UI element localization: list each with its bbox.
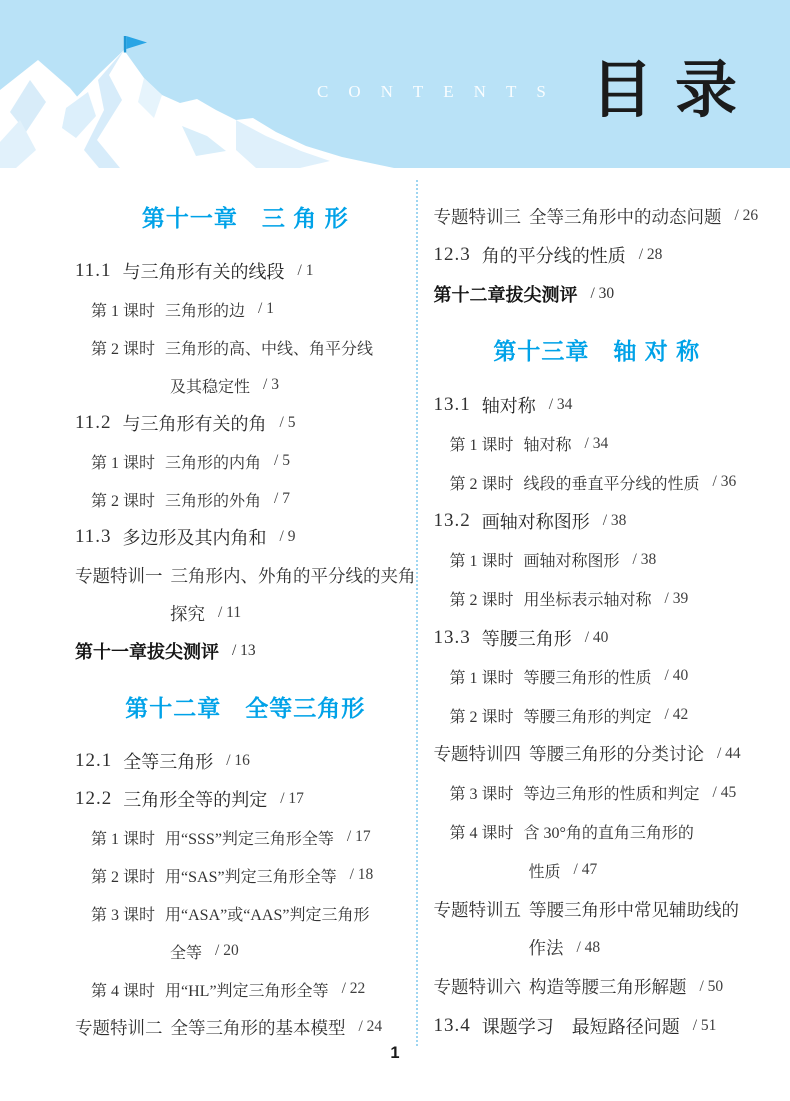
entry-label: 第 2 课时 [450, 471, 514, 494]
toc-entry: 第 2 课时三角形的高、中线、角平分线 [75, 328, 416, 366]
entry-title: 线段的垂直平分线的性质 [524, 471, 700, 494]
entry-title: 等边三角形的性质和判定 [524, 781, 700, 804]
flag-icon [124, 36, 147, 53]
entry-title: 全等三角形的基本模型 [171, 1015, 346, 1040]
entry-page: / 45 [713, 784, 737, 802]
toc-entry: 第 4 课时用“HL”判定三角形全等/ 22 [75, 970, 416, 1008]
entry-title: 用“HL”判定三角形全等 [165, 978, 329, 1001]
toc-entry: 13.3等腰三角形/ 40 [434, 618, 761, 657]
entry-page: / 44 [717, 745, 741, 763]
entry-title: 角的平分线的性质 [482, 242, 626, 268]
entry-page: / 20 [215, 942, 239, 960]
entry-label: 第 3 课时 [450, 781, 514, 804]
entry-page: / 5 [280, 414, 296, 432]
entry-title: 用“SAS”判定三角形全等 [165, 864, 337, 887]
entry-label: 13.3 [434, 627, 471, 649]
entry-page: / 26 [735, 207, 759, 225]
entry-label: 第 2 课时 [91, 864, 155, 887]
entry-label: 专题特训六 [434, 974, 522, 999]
entry-title: 三角形全等的判定 [123, 786, 267, 812]
entry-title: 与三角形有关的线段 [123, 258, 285, 284]
entry-label: 13.2 [434, 510, 471, 532]
entry-page: / 18 [350, 866, 374, 884]
toc-entry: 12.3角的平分线的性质/ 28 [434, 236, 761, 275]
toc-entry: 第 1 课时三角形的内角/ 5 [75, 442, 416, 480]
contents-label: CONTENTS [317, 82, 566, 102]
entry-label: 第 1 课时 [91, 826, 155, 849]
toc-entry: 13.2画轴对称图形/ 38 [434, 502, 761, 541]
entry-page: / 50 [700, 978, 724, 996]
entry-page: / 1 [258, 300, 274, 318]
entry-label: 11.3 [75, 526, 112, 548]
toc-entry: 性质/ 47 [434, 851, 761, 890]
chapter-heading: 第十一章 三 角 形 [75, 180, 416, 252]
toc-entry: 专题特训五等腰三角形中常见辅助线的 [434, 890, 761, 929]
toc-entry: 及其稳定性/ 3 [75, 366, 416, 404]
entry-title: 与三角形有关的角 [123, 410, 267, 436]
entry-label: 第 3 课时 [91, 902, 155, 925]
toc-columns: 第十一章 三 角 形11.1与三角形有关的线段/ 1第 1 课时三角形的边/ 1… [0, 180, 790, 1046]
entry-label: 专题特训四 [434, 741, 522, 766]
toc-entry: 全等/ 20 [75, 932, 416, 970]
entry-page: / 38 [603, 512, 627, 530]
page-title: 目录 [591, 60, 759, 122]
entry-title: 等腰三角形的分类讨论 [529, 741, 704, 766]
entry-title: 轴对称 [524, 432, 572, 455]
entry-title: 等腰三角形的性质 [524, 665, 652, 688]
entry-page: / 48 [577, 939, 601, 957]
toc-entry: 11.1与三角形有关的线段/ 1 [75, 252, 416, 290]
toc-entry: 第十一章拔尖测评/ 13 [75, 632, 416, 670]
toc-entry: 专题特训二全等三角形的基本模型/ 24 [75, 1008, 416, 1046]
toc-entry: 第十二章拔尖测评/ 30 [434, 275, 761, 314]
entry-label: 专题特训二 [75, 1015, 163, 1040]
toc-entry: 第 1 课时轴对称/ 34 [434, 424, 761, 463]
entry-label: 第 4 课时 [450, 820, 514, 843]
toc-entry: 探究/ 11 [75, 594, 416, 632]
toc-entry: 第 1 课时用“SSS”判定三角形全等/ 17 [75, 818, 416, 856]
entry-page: / 28 [639, 246, 663, 264]
entry-title: 三角形的高、中线、角平分线 [165, 336, 373, 359]
entry-label: 第 2 课时 [91, 336, 155, 359]
entry-label: 第 1 课时 [91, 298, 155, 321]
entry-page: / 42 [665, 706, 689, 724]
entry-page: / 9 [280, 528, 296, 546]
entry-title: 课题学习 最短路径问题 [482, 1013, 680, 1039]
entry-label: 12.3 [434, 244, 471, 266]
toc-entry: 第 3 课时用“ASA”或“AAS”判定三角形 [75, 894, 416, 932]
entry-page: / 1 [298, 262, 314, 280]
toc-entry: 第 2 课时用“SAS”判定三角形全等/ 18 [75, 856, 416, 894]
entry-page: / 47 [574, 861, 598, 879]
toc-entry: 第 1 课时画轴对称图形/ 38 [434, 541, 761, 580]
entry-title: 用“ASA”或“AAS”判定三角形 [165, 902, 369, 925]
entry-title: 探究 [170, 601, 205, 626]
entry-page: / 40 [585, 629, 609, 647]
entry-title: 及其稳定性 [170, 374, 250, 397]
entry-label: 第 1 课时 [450, 432, 514, 455]
entry-label: 专题特训一 [75, 563, 163, 588]
entry-label: 13.4 [434, 1015, 471, 1037]
toc-entry: 第 2 课时用坐标表示轴对称/ 39 [434, 579, 761, 618]
toc-page: { "header": { "contents_label": "CONTENT… [0, 0, 790, 1101]
entry-page: / 5 [274, 452, 290, 470]
entry-title: 全等三角形中的动态问题 [529, 204, 722, 229]
entry-title: 画轴对称图形 [482, 508, 590, 534]
entry-title: 用“SSS”判定三角形全等 [165, 826, 334, 849]
entry-title: 构造等腰三角形解题 [529, 974, 687, 999]
entry-title: 全等三角形 [123, 748, 213, 774]
entry-label: 第 2 课时 [450, 704, 514, 727]
toc-column-right: 专题特训三全等三角形中的动态问题/ 2612.3角的平分线的性质/ 28第十二章… [418, 180, 790, 1046]
entry-page: / 7 [274, 490, 290, 508]
entry-page: / 16 [226, 752, 250, 770]
entry-label: 12.2 [75, 788, 112, 810]
entry-title: 多边形及其内角和 [123, 524, 267, 550]
toc-entry: 第 2 课时三角形的外角/ 7 [75, 480, 416, 518]
entry-title: 全等 [170, 940, 202, 963]
entry-title: 第十二章拔尖测评 [434, 281, 578, 307]
entry-page: / 30 [591, 285, 615, 303]
toc-entry: 专题特训一三角形内、外角的平分线的夹角 [75, 556, 416, 594]
entry-page: / 36 [713, 473, 737, 491]
entry-title: 第十一章拔尖测评 [75, 638, 219, 664]
entry-page: / 24 [359, 1018, 383, 1036]
header-banner: CONTENTS 目录 [0, 0, 790, 168]
entry-title: 三角形内、外角的平分线的夹角 [171, 563, 416, 588]
toc-entry: 第 3 课时等边三角形的性质和判定/ 45 [434, 773, 761, 812]
toc-entry: 专题特训四等腰三角形的分类讨论/ 44 [434, 735, 761, 774]
entry-title: 三角形的边 [165, 298, 245, 321]
chapter-heading: 第十二章 全等三角形 [75, 670, 416, 742]
entry-label: 11.1 [75, 260, 112, 282]
entry-label: 第 2 课时 [91, 488, 155, 511]
entry-title: 作法 [529, 935, 564, 960]
entry-label: 第 1 课时 [450, 665, 514, 688]
entry-title: 性质 [529, 859, 561, 882]
entry-title: 三角形的内角 [165, 450, 261, 473]
entry-label: 13.1 [434, 394, 471, 416]
entry-title: 等腰三角形的判定 [524, 704, 652, 727]
entry-page: / 38 [633, 551, 657, 569]
toc-entry: 13.1轴对称/ 34 [434, 385, 761, 424]
toc-column-left: 第十一章 三 角 形11.1与三角形有关的线段/ 1第 1 课时三角形的边/ 1… [0, 180, 418, 1046]
entry-page: / 39 [665, 590, 689, 608]
entry-page: / 17 [347, 828, 371, 846]
entry-title: 等腰三角形中常见辅助线的 [529, 897, 739, 922]
entry-page: / 13 [232, 642, 256, 660]
entry-page: / 17 [280, 790, 304, 808]
entry-title: 等腰三角形 [482, 625, 572, 651]
entry-page: / 22 [342, 980, 366, 998]
entry-title: 轴对称 [482, 392, 536, 418]
toc-entry: 第 1 课时三角形的边/ 1 [75, 290, 416, 328]
toc-entry: 作法/ 48 [434, 929, 761, 968]
entry-page: / 51 [693, 1017, 717, 1035]
entry-title: 用坐标表示轴对称 [524, 587, 652, 610]
entry-page: / 34 [549, 396, 573, 414]
entry-label: 第 4 课时 [91, 978, 155, 1001]
toc-entry: 11.2与三角形有关的角/ 5 [75, 404, 416, 442]
entry-page: / 3 [263, 376, 279, 394]
toc-entry: 13.4课题学习 最短路径问题/ 51 [434, 1006, 761, 1045]
entry-label: 第 1 课时 [91, 450, 155, 473]
entry-label: 第 1 课时 [450, 548, 514, 571]
toc-entry: 12.2三角形全等的判定/ 17 [75, 780, 416, 818]
toc-entry: 11.3多边形及其内角和/ 9 [75, 518, 416, 556]
entry-page: / 11 [218, 604, 241, 622]
page-number: 1 [0, 1044, 790, 1063]
toc-entry: 专题特训六构造等腰三角形解题/ 50 [434, 967, 761, 1006]
toc-entry: 第 2 课时等腰三角形的判定/ 42 [434, 696, 761, 735]
entry-label: 专题特训五 [434, 897, 522, 922]
entry-label: 第 2 课时 [450, 587, 514, 610]
entry-label: 11.2 [75, 412, 112, 434]
entry-title: 画轴对称图形 [524, 548, 620, 571]
chapter-heading: 第十三章 轴 对 称 [434, 313, 761, 385]
entry-title: 三角形的外角 [165, 488, 261, 511]
toc-entry: 专题特训三全等三角形中的动态问题/ 26 [434, 197, 761, 236]
entry-page: / 34 [585, 435, 609, 453]
toc-entry: 12.1全等三角形/ 16 [75, 742, 416, 780]
toc-entry: 第 1 课时等腰三角形的性质/ 40 [434, 657, 761, 696]
entry-label: 12.1 [75, 750, 112, 772]
toc-entry: 第 4 课时含 30°角的直角三角形的 [434, 812, 761, 851]
entry-title: 含 30°角的直角三角形的 [524, 820, 694, 843]
toc-entry: 第 2 课时线段的垂直平分线的性质/ 36 [434, 463, 761, 502]
entry-label: 专题特训三 [434, 204, 522, 229]
entry-page: / 40 [665, 667, 689, 685]
